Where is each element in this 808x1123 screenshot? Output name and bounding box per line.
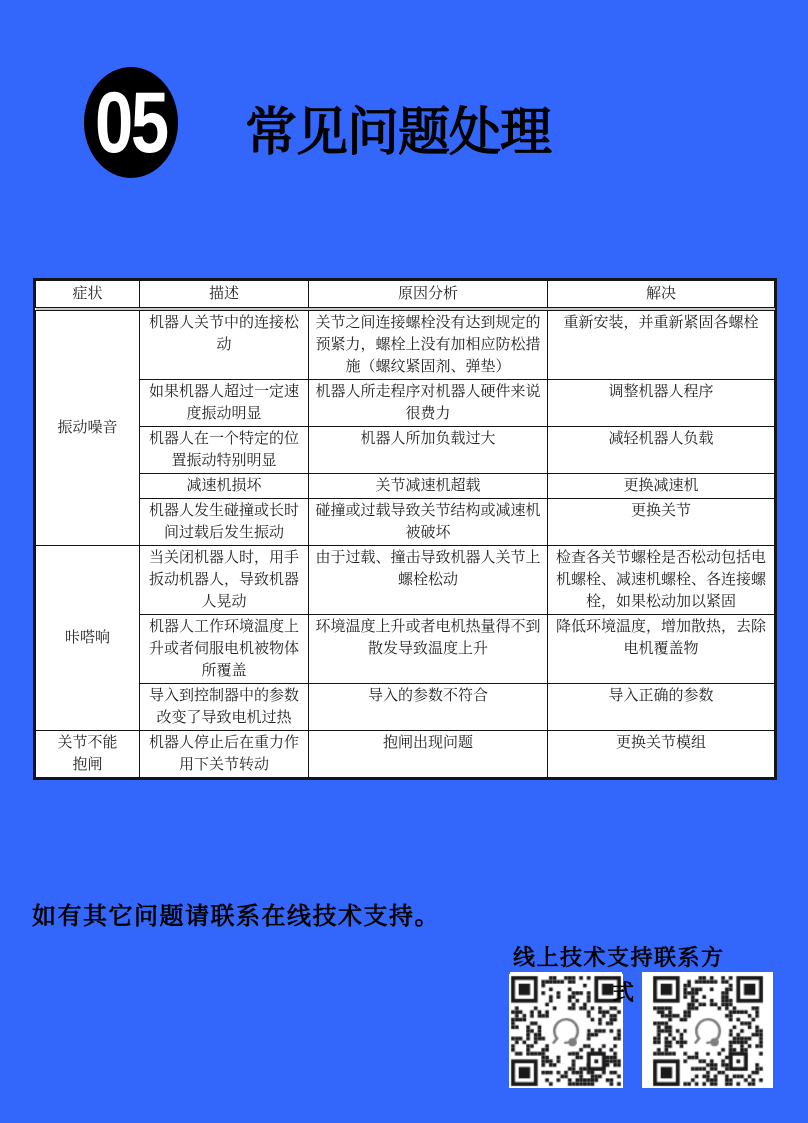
- table-row: 减速机损坏关节减速机超载更换减速机: [36, 474, 775, 499]
- solution-cell: 减轻机器人负载: [548, 427, 775, 474]
- table-row: 咔嗒响当关闭机器人时，用手扳动机器人，导致机器人晃动由于过载、撞击导致机器人关节…: [36, 546, 775, 615]
- qr-code-image-1: [509, 974, 623, 1088]
- solution-cell: 检查各关节螺栓是否松动包括电机螺栓、减速机螺栓、各连接螺栓，如果松动加以紧固: [548, 546, 775, 615]
- cause-cell: 抱闸出现问题: [309, 731, 548, 778]
- description-cell: 机器人关节中的连接松动: [140, 311, 309, 380]
- description-cell: 减速机损坏: [140, 474, 309, 499]
- description-cell: 机器人停止后在重力作用下关节转动: [140, 731, 309, 778]
- qr-caption-wrap: 式: [612, 976, 634, 1007]
- description-cell: 当关闭机器人时，用手扳动机器人，导致机器人晃动: [140, 546, 309, 615]
- solution-cell: 更换关节: [548, 499, 775, 546]
- cause-cell: 由于过载、撞击导致机器人关节上螺栓松动: [309, 546, 548, 615]
- description-cell: 机器人发生碰撞或长时间过载后发生振动: [140, 499, 309, 546]
- symptom-cell: 咔嗒响: [36, 546, 140, 731]
- table-row: 机器人发生碰撞或长时间过载后发生振动碰撞或过载导致关节结构或减速机被破坏更换关节: [36, 499, 775, 546]
- table-header-row: 症状描述原因分析解决: [36, 281, 775, 308]
- troubleshooting-table-wrap: 症状描述原因分析解决 振动噪音机器人关节中的连接松动关节之间连接螺栓没有达到规定…: [33, 278, 777, 780]
- column-header-3: 解决: [548, 281, 775, 308]
- table-row: 机器人工作环境温度上升或者伺服电机被物体所覆盖环境温度上升或者电机热量得不到散发…: [36, 615, 775, 684]
- page-title: 常见问题处理: [245, 90, 551, 165]
- table-row: 机器人在一个特定的位置振动特别明显机器人所加负载过大减轻机器人负载: [36, 427, 775, 474]
- symptom-cell: 振动噪音: [36, 311, 140, 546]
- column-header-0: 症状: [36, 281, 140, 308]
- cause-cell: 关节减速机超载: [309, 474, 548, 499]
- table-row: 关节不能抱闸机器人停止后在重力作用下关节转动抱闸出现问题更换关节模组: [36, 731, 775, 778]
- solution-cell: 更换关节模组: [548, 731, 775, 778]
- solution-cell: 调整机器人程序: [548, 380, 775, 427]
- section-number: 05: [95, 80, 167, 166]
- column-header-1: 描述: [140, 281, 309, 308]
- wechat-qr-code-2: [642, 972, 773, 1088]
- description-cell: 导入到控制器中的参数改变了导致电机过热: [140, 684, 309, 731]
- section-number-badge: 05: [84, 67, 178, 178]
- troubleshooting-table: 症状描述原因分析解决 振动噪音机器人关节中的连接松动关节之间连接螺栓没有达到规定…: [35, 280, 775, 778]
- cause-cell: 机器人所加负载过大: [309, 427, 548, 474]
- support-note: 如有其它问题请联系在线技术支持。: [32, 896, 440, 931]
- wechat-qr-code-1: [510, 972, 622, 1088]
- description-cell: 机器人工作环境温度上升或者伺服电机被物体所覆盖: [140, 615, 309, 684]
- cause-cell: 关节之间连接螺栓没有达到规定的预紧力，螺栓上没有加相应防松措施（螺纹紧固剂、弹垫…: [309, 311, 548, 380]
- table-row: 如果机器人超过一定速度振动明显机器人所走程序对机器人硬件来说很费力调整机器人程序: [36, 380, 775, 427]
- qr-caption: 线上技术支持联系方: [513, 941, 725, 972]
- description-cell: 机器人在一个特定的位置振动特别明显: [140, 427, 309, 474]
- solution-cell: 降低环境温度，增加散热，去除电机覆盖物: [548, 615, 775, 684]
- column-header-2: 原因分析: [309, 281, 548, 308]
- table-row: 振动噪音机器人关节中的连接松动关节之间连接螺栓没有达到规定的预紧力，螺栓上没有加…: [36, 311, 775, 380]
- solution-cell: 更换减速机: [548, 474, 775, 499]
- manual-page: 05 常见问题处理 症状描述原因分析解决 振动噪音机器人关节中的连接松动关节之间…: [0, 0, 808, 1123]
- symptom-cell: 关节不能抱闸: [36, 731, 140, 778]
- solution-cell: 导入正确的参数: [548, 684, 775, 731]
- cause-cell: 碰撞或过载导致关节结构或减速机被破坏: [309, 499, 548, 546]
- description-cell: 如果机器人超过一定速度振动明显: [140, 380, 309, 427]
- cause-cell: 导入的参数不符合: [309, 684, 548, 731]
- solution-cell: 重新安装，并重新紧固各螺栓: [548, 311, 775, 380]
- cause-cell: 环境温度上升或者电机热量得不到散发导致温度上升: [309, 615, 548, 684]
- qr-code-image-2: [651, 974, 765, 1088]
- cause-cell: 机器人所走程序对机器人硬件来说很费力: [309, 380, 548, 427]
- table-row: 导入到控制器中的参数改变了导致电机过热导入的参数不符合导入正确的参数: [36, 684, 775, 731]
